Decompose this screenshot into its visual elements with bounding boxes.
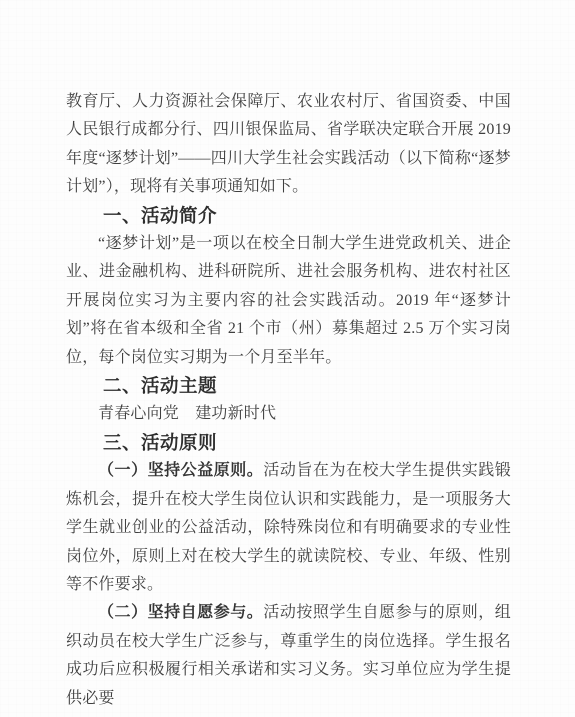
- activity-theme-line: 青春心向党 建功新时代: [66, 400, 511, 428]
- section-1-paragraph: “逐梦计划”是一项以在校全日制大学生进党政机关、进企业、进金融机构、进科研院所、…: [66, 230, 511, 372]
- section-3-heading: 三、活动原则: [66, 429, 511, 457]
- document-body: 教育厅、人力资源社会保障厅、农业农村厅、省国资委、中国人民银行成都分行、四川银保…: [66, 88, 511, 713]
- principle-1-lead: （一）坚持公益原则。: [98, 462, 263, 479]
- section-1-heading: 一、活动简介: [66, 202, 511, 230]
- principle-2-paragraph: （二）坚持自愿参与。活动按照学生自愿参与的原则，组织动员在校大学生广泛参与，尊重…: [66, 599, 511, 713]
- scanned-notice-page: { "page": { "kind": "scanned official no…: [0, 0, 575, 717]
- section-2-heading: 二、活动主题: [66, 372, 511, 400]
- intro-paragraph: 教育厅、人力资源社会保障厅、农业农村厅、省国资委、中国人民银行成都分行、四川银保…: [66, 88, 511, 202]
- principle-1-text: 活动旨在为在校大学生提供实践锻炼机会，提升在校大学生岗位认识和实践能力，是一项服…: [66, 462, 511, 593]
- principle-2-lead: （二）坚持自愿参与。: [98, 604, 263, 621]
- principle-1-paragraph: （一）坚持公益原则。活动旨在为在校大学生提供实践锻炼机会，提升在校大学生岗位认识…: [66, 457, 511, 599]
